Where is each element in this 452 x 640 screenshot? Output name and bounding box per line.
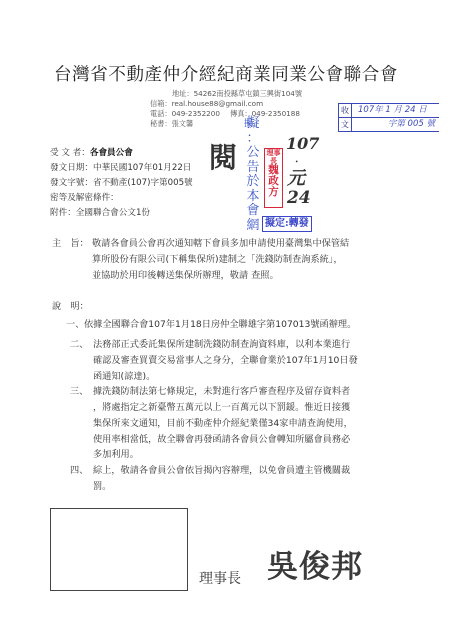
hand-char: 擬 — [246, 117, 260, 132]
hand-char: 會 — [246, 204, 260, 219]
address-line: 地址：54262南投縣草屯鎮三興街104號 — [172, 89, 302, 99]
item-line: 函通知(諒達)。 — [93, 369, 155, 384]
recipient-value: 各會員公會 — [90, 148, 133, 158]
item-line: 多加利用。 — [93, 447, 139, 462]
subject-line: 算所股份有限公司(下稱集保所)建制之「洗錢防制查詢系統」， — [92, 252, 343, 267]
hand-char: 公 — [246, 146, 260, 161]
seal-box — [50, 508, 188, 591]
receipt-stamp: 收 107年 1 月 24 日 文 字第 005 號 — [338, 103, 439, 132]
hand-char: ： — [246, 132, 260, 147]
receipt-label: 收 — [339, 104, 352, 117]
hand-month: 元 — [287, 164, 305, 190]
seal-title: 理事長 — [265, 149, 282, 165]
chairman-seal: 理事長 魏 政 方 — [264, 148, 283, 208]
fax-line: 傳真：049-2350188 — [230, 109, 300, 119]
item-number: 三、 — [70, 384, 88, 399]
doc-number: 發文字號：省不動產(107)字第005號 — [50, 177, 193, 189]
item-line: 罰。 — [93, 479, 111, 494]
item-line: 據洗錢防制法第七條規定，未對進行客戶審查程序及留存資料者 — [93, 384, 350, 399]
item-line: 綜上，敬請各會員公會依旨揭內容辦理，以免會員遭主管機關裁 — [93, 463, 350, 478]
signature-title: 理事長 — [199, 568, 241, 588]
receipt-date: 107年 1 月 24 日 — [352, 104, 439, 117]
item-line: 確認及審查買賣交易當事人之身分，全聯會業於107年1月10日發 — [93, 353, 358, 368]
subject-line: 並協助於用印後轉送集保所辦理，敬請 查照。 — [92, 268, 279, 283]
item-line: 依據全國聯合會107年1月18日房仲全聯雄字第107013號函辦理。 — [84, 317, 356, 332]
email-line: 信箱：real.house88@gmail.com — [150, 99, 263, 109]
secretary-line: 秘書：張文馨 — [150, 119, 193, 129]
item-number: 一、 — [66, 317, 84, 332]
item-line: 集保所來文通知，目前不動產仲介經紀業僅34家申請查詢使用， — [93, 416, 353, 431]
item-line: ，將處指定之新臺幣五萬元以上一百萬元以下罰鍰。惟近日接獲 — [93, 400, 350, 415]
hand-char: 告 — [246, 161, 260, 176]
seal-char: 方 — [265, 187, 282, 198]
issue-date: 發文日期：中華民國107年01月22日 — [50, 162, 191, 174]
subject-line: 敬請各會員公會再次通知轄下會員多加申請使用臺灣集中保管結 — [92, 236, 349, 251]
recipient-label: 受 文 者： — [50, 148, 90, 158]
hand-char: 本 — [246, 190, 260, 205]
item-number: 四、 — [70, 463, 88, 478]
read-stamp: 閱 — [209, 136, 237, 176]
hand-char: 於 — [246, 175, 260, 190]
organization-title: 台灣省不動產仲介經紀商業同業公會聯合會 — [0, 61, 452, 86]
hand-day: 24 — [287, 188, 311, 208]
attachment: 附件：全國聯合會公文1份 — [50, 207, 150, 219]
doc-label: 文 — [339, 118, 352, 131]
subject-label: 主 旨： — [52, 236, 89, 251]
handwritten-instruction: 擬 ： 公 告 於 本 會 網 — [246, 117, 260, 233]
item-line: 使用率相當低，故全聯會再發函請各會員公會轉知所屬會員務必 — [93, 432, 350, 447]
receipt-number: 字第 005 號 — [352, 118, 439, 131]
explanation-label: 說 明： — [52, 299, 89, 314]
signature-name: 吳俊邦 — [267, 541, 363, 586]
security-condition: 密等及解密條件： — [50, 192, 119, 204]
hand-char: 網 — [246, 219, 260, 234]
hand-dot: ． — [295, 150, 305, 165]
approval-stamp: 擬定:轉發 — [262, 216, 312, 232]
recipient-line: 受 文 者：各會員公會 — [50, 147, 133, 159]
item-line: 法務部正式委託集保所建制洗錢防制查詢資料庫，以利本業進行 — [93, 337, 350, 352]
item-number: 二、 — [70, 337, 88, 352]
phone-line: 電話：049-2352200 — [150, 109, 220, 119]
